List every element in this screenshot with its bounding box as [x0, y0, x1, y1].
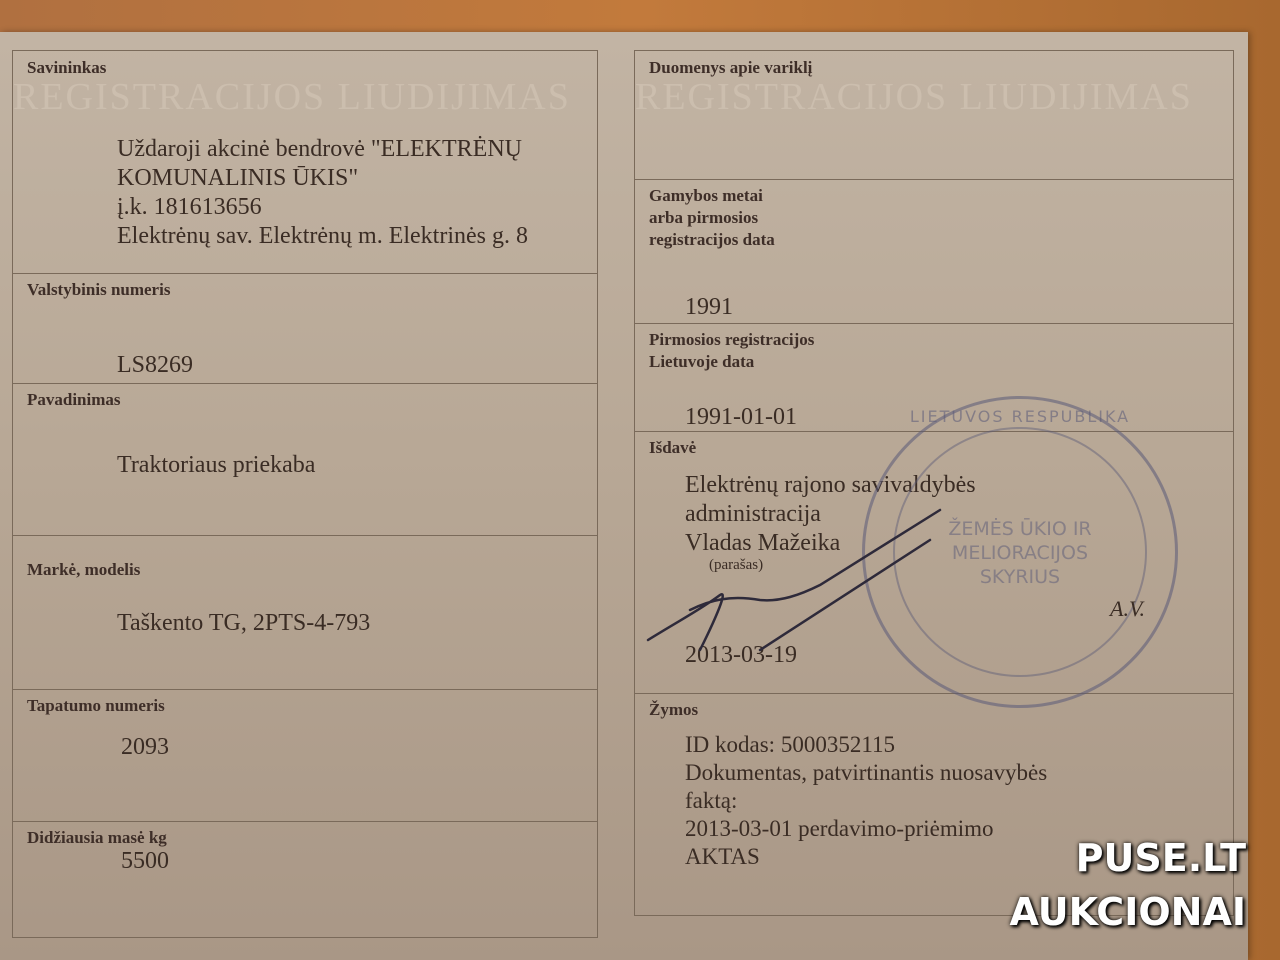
manufacture-value: 1991 — [685, 293, 733, 322]
id-number-value: 2093 — [121, 733, 169, 762]
brand-watermark-line1: PUSE.LT — [1076, 836, 1246, 880]
owner-line: Elektrėnų sav. Elektrėnų m. Elektrinės g… — [117, 222, 528, 251]
name-label: Pavadinimas — [27, 389, 121, 411]
notes-line: AKTAS — [685, 843, 1047, 871]
make-section: Markė, modelis Taškento TG, 2PTS-4-793 — [13, 535, 597, 690]
manufacture-label: Gamybos metai arba pirmosios registracij… — [649, 185, 775, 251]
notes-line: ID kodas: 5000352115 — [685, 731, 1047, 759]
name-section: Pavadinimas Traktoriaus priekaba — [13, 383, 597, 536]
seal-mark: A.V. — [1110, 596, 1145, 622]
owner-line: Uždaroji akcinė bendrovė "ELEKTRĖNŲ — [117, 135, 528, 164]
label-line: Pirmosios registracijos — [649, 329, 814, 351]
name-value: Traktoriaus priekaba — [117, 451, 315, 480]
make-value: Taškento TG, 2PTS-4-793 — [117, 609, 370, 638]
plate-value: LS8269 — [117, 351, 193, 380]
plate-section: Valstybinis numeris LS8269 — [13, 273, 597, 384]
owner-line: į.k. 181613656 — [117, 193, 528, 222]
label-line: registracijos data — [649, 229, 775, 251]
issued-label: Išdavė — [649, 437, 696, 459]
first-reg-value: 1991-01-01 — [685, 403, 797, 432]
notes-line: Dokumentas, patvirtinantis nuosavybės — [685, 759, 1047, 787]
brand-watermark-line2: AUKCIONAI — [1009, 890, 1246, 934]
left-column: REGISTRACIJOS LIUDIJIMAS Savininkas Užda… — [12, 50, 598, 938]
make-label: Markė, modelis — [27, 559, 140, 581]
owner-value: Uždaroji akcinė bendrovė "ELEKTRĖNŲ KOMU… — [117, 135, 528, 251]
id-number-label: Tapatumo numeris — [27, 695, 165, 717]
engine-label: Duomenys apie variklį — [649, 57, 812, 79]
notes-line: faktą: — [685, 787, 1047, 815]
watermark: REGISTRACIJOS LIUDIJIMAS — [13, 75, 597, 119]
notes-value: ID kodas: 5000352115 Dokumentas, patvirt… — [685, 731, 1047, 871]
owner-label: Savininkas — [27, 57, 106, 79]
max-mass-label: Didžiausia masė kg — [27, 827, 167, 849]
plate-label: Valstybinis numeris — [27, 279, 170, 301]
max-mass-section: Didžiausia masė kg 5500 — [13, 821, 597, 937]
manufacture-section: Gamybos metai arba pirmosios registracij… — [635, 179, 1233, 324]
engine-section: REGISTRACIJOS LIUDIJIMAS Duomenys apie v… — [635, 51, 1233, 180]
notes-label: Žymos — [649, 699, 698, 721]
notes-line: 2013-03-01 perdavimo-priėmimo — [685, 815, 1047, 843]
label-line: arba pirmosios — [649, 207, 775, 229]
id-number-section: Tapatumo numeris 2093 — [13, 689, 597, 822]
watermark: REGISTRACIJOS LIUDIJIMAS — [635, 75, 1233, 119]
owner-line: KOMUNALINIS ŪKIS" — [117, 164, 528, 193]
signature-icon — [640, 500, 960, 660]
label-line: Lietuvoje data — [649, 351, 814, 373]
notes-section: Žymos ID kodas: 5000352115 Dokumentas, p… — [635, 693, 1233, 915]
first-reg-label: Pirmosios registracijos Lietuvoje data — [649, 329, 814, 373]
label-line: Gamybos metai — [649, 185, 775, 207]
stamp-ring-text: LIETUVOS RESPUBLIKA — [865, 407, 1175, 426]
owner-section: REGISTRACIJOS LIUDIJIMAS Savininkas Užda… — [13, 51, 597, 274]
max-mass-value: 5500 — [121, 847, 169, 876]
